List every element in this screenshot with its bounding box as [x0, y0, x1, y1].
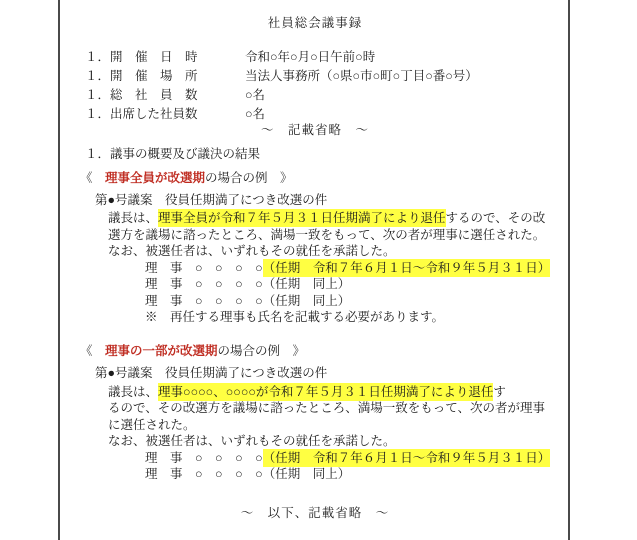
info-value-total-members: ○名 — [245, 88, 265, 102]
info-label-datetime: 開 催 日 時 — [110, 48, 245, 67]
director-name: 理 事 ○ ○ ○ ○（任期 同上） — [145, 467, 350, 481]
line-text: するので、その改 — [446, 211, 546, 225]
line-text: 選方を議場に諮ったところ、満場一致をもって、次の者が理事に選任された。 — [108, 228, 545, 242]
director-name: 理 事 ○ ○ ○ ○ — [145, 451, 263, 465]
line-text: 議長は、 — [108, 211, 158, 225]
info-row-attendees: １．出席した社員数○名 — [85, 105, 570, 124]
note-text: ※ 再任する理事も氏名を記載する必要があります。 — [145, 310, 444, 324]
line-text: なお、被選任者は、いずれもその就任を承諾した。 — [108, 434, 396, 448]
director-name: 理 事 ○ ○ ○ ○ — [145, 261, 263, 275]
info-row-datetime: １．開 催 日 時令和○年○月○日午前○時 — [85, 48, 570, 67]
document-content: 社員総会議事録 １．開 催 日 時令和○年○月○日午前○時 １．開 催 場 所当… — [60, 0, 570, 521]
highlighted-text: 理事○○○○、○○○○が令和７年５月３１日任期満了により退任 — [158, 383, 493, 401]
example2-agenda-title: 第●号議案 役員任期満了につき改選の件 — [60, 365, 570, 381]
example2-heading: 《 理事の一部が改選期の場合の例 》 — [60, 343, 570, 359]
paragraph-line: なお、被選任者は、いずれもその就任を承諾した。 — [108, 433, 570, 450]
info-label-total-members: 総 社 員 数 — [110, 86, 245, 105]
info-label-place: 開 催 場 所 — [110, 67, 245, 86]
example1-heading-rest: の場合の例 》 — [205, 171, 293, 185]
info-value-attendees: ○名 — [245, 107, 265, 121]
line-text: るので、その改選方を議場に諮ったところ、満場一致をもって、次の者が理事 — [108, 401, 545, 415]
example1-agenda-title: 第●号議案 役員任期満了につき改選の件 — [60, 192, 570, 208]
line-text: す — [493, 385, 506, 399]
info-row-total-members: １．総 社 員 数○名 — [85, 86, 570, 105]
info-value-place: 当法人事務所（○県○市○町○丁目○番○号） — [245, 69, 478, 83]
info-number: １． — [85, 86, 110, 105]
minutes-document-page: 社員総会議事録 １．開 催 日 時令和○年○月○日午前○時 １．開 催 場 所当… — [0, 0, 637, 540]
meeting-info-block: １．開 催 日 時令和○年○月○日午前○時 １．開 催 場 所当法人事務所（○県… — [60, 48, 570, 124]
info-number: １． — [85, 67, 110, 86]
example2-heading-red-text: 理事の一部が改選期 — [105, 344, 218, 358]
example1-heading: 《 理事全員が改選期の場合の例 》 — [60, 170, 570, 186]
director-row: 理 事 ○ ○ ○ ○（任期 令和７年６月１日～令和９年５月３１日） — [145, 450, 570, 467]
highlighted-text: 理事全員が令和７年５月３１日任期満了により退任 — [158, 209, 446, 227]
director-name: 理 事 ○ ○ ○ ○（任期 同上） — [145, 294, 350, 308]
info-label-attendees: 出席した社員数 — [110, 105, 245, 124]
info-number: １． — [85, 48, 110, 67]
example2-directors-list: 理 事 ○ ○ ○ ○（任期 令和７年６月１日～令和９年５月３１日） 理 事 ○… — [60, 450, 570, 483]
info-row-place: １．開 催 場 所当法人事務所（○県○市○町○丁目○番○号） — [85, 67, 570, 86]
info-number: １． — [85, 105, 110, 124]
example1-heading-red-text: 理事全員が改選期 — [105, 171, 205, 185]
example2-heading-open: 《 — [80, 344, 105, 358]
proceedings-header: １．議事の概要及び議決の結果 — [60, 146, 570, 162]
highlighted-term: （任期 令和７年６月１日～令和９年５月３１日） — [263, 449, 551, 467]
paragraph-line: に選任された。 — [108, 417, 570, 434]
example1-heading-open: 《 — [80, 171, 105, 185]
paragraph-line: 選方を議場に諮ったところ、満場一致をもって、次の者が理事に選任された。 — [108, 227, 570, 244]
director-row: 理 事 ○ ○ ○ ○（任期 令和７年６月１日～令和９年５月３１日） — [145, 260, 570, 277]
paragraph-line: 議長は、理事○○○○、○○○○が令和７年５月３１日任期満了により退任す — [108, 384, 570, 401]
footer-omitted-note: ～ 以下、記載省略 ～ — [60, 505, 570, 521]
line-text: なお、被選任者は、いずれもその就任を承諾した。 — [108, 244, 396, 258]
highlighted-term: （任期 令和７年６月１日～令和９年５月３１日） — [263, 259, 551, 277]
example2-heading-rest: の場合の例 》 — [218, 344, 306, 358]
info-value-datetime: 令和○年○月○日午前○時 — [245, 50, 375, 64]
director-name: 理 事 ○ ○ ○ ○（任期 同上） — [145, 277, 350, 291]
example2-paragraph: 議長は、理事○○○○、○○○○が令和７年５月３１日任期満了により退任す るので、… — [60, 384, 570, 450]
line-text: 議長は、 — [108, 385, 158, 399]
director-row: 理 事 ○ ○ ○ ○（任期 同上） — [145, 466, 570, 483]
paragraph-line: なお、被選任者は、いずれもその就任を承諾した。 — [108, 243, 570, 260]
document-title: 社員総会議事録 — [60, 14, 570, 32]
example1-paragraph: 議長は、理事全員が令和７年５月３１日任期満了により退任するので、その改 選方を議… — [60, 210, 570, 260]
director-row: 理 事 ○ ○ ○ ○（任期 同上） — [145, 293, 570, 310]
line-text: に選任された。 — [108, 418, 196, 432]
omitted-note: ～ 記載省略 ～ — [60, 123, 570, 138]
paragraph-line: 議長は、理事全員が令和７年５月３１日任期満了により退任するので、その改 — [108, 210, 570, 227]
director-row: 理 事 ○ ○ ○ ○（任期 同上） — [145, 276, 570, 293]
example1-directors-list: 理 事 ○ ○ ○ ○（任期 令和７年６月１日～令和９年５月３１日） 理 事 ○… — [60, 260, 570, 326]
reappointment-note: ※ 再任する理事も氏名を記載する必要があります。 — [145, 309, 570, 326]
paragraph-line: るので、その改選方を議場に諮ったところ、満場一致をもって、次の者が理事 — [108, 400, 570, 417]
